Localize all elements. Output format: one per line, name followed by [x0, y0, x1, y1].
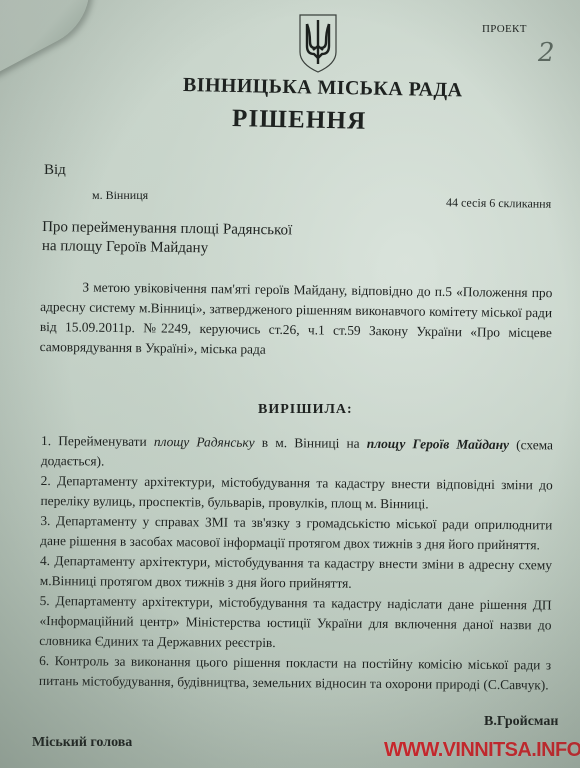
- new-square-name: площу Героїв Майдану: [367, 436, 509, 452]
- city-label: м. Вінниця: [92, 188, 148, 203]
- signatory-name: В.Гройсман: [484, 714, 558, 730]
- trident-coat-of-arms-icon: [296, 12, 340, 74]
- document-type-title: РІШЕННЯ: [232, 105, 367, 136]
- site-watermark: WWW.VINNITSA.INFO: [384, 739, 580, 762]
- resolution-item-3: 3. Департаменту у справах ЗМІ та зв'язку…: [40, 511, 552, 555]
- resolution-item-5: 5. Департаменту архітектури, містобудува…: [39, 591, 552, 655]
- session-label: 44 сесія 6 скликання: [446, 195, 551, 211]
- resolution-item-6: 6. Контроль за виконання цього рішення п…: [39, 651, 551, 695]
- project-number-handwritten: 2: [538, 38, 555, 68]
- project-label: ПРОЕКТ: [482, 23, 527, 35]
- resolution-item-2: 2. Департаменту архітектури, містобудува…: [40, 471, 552, 515]
- old-square-name: площу Радянську: [154, 434, 255, 450]
- signatory-title: Міський голова: [32, 735, 132, 751]
- preamble-paragraph: З метою увіковічення пам'яті героїв Майд…: [40, 277, 553, 363]
- decision-subject: Про перейменування площі Радянської на п…: [42, 218, 293, 259]
- resolved-heading: ВИРІШИЛА:: [258, 402, 353, 418]
- preamble-text: З метою увіковічення пам'яті героїв Майд…: [40, 277, 553, 363]
- resolution-item-1: 1. Перейменувати площу Радянську в м. Ві…: [41, 431, 553, 475]
- date-from-label: Від: [44, 162, 66, 179]
- resolution-item-4: 4. Департаменту архітектури, містобудува…: [40, 551, 552, 595]
- resolution-items: 1. Перейменувати площу Радянську в м. Ві…: [39, 431, 553, 695]
- subject-line-2: на площу Героїв Майдану: [42, 237, 292, 259]
